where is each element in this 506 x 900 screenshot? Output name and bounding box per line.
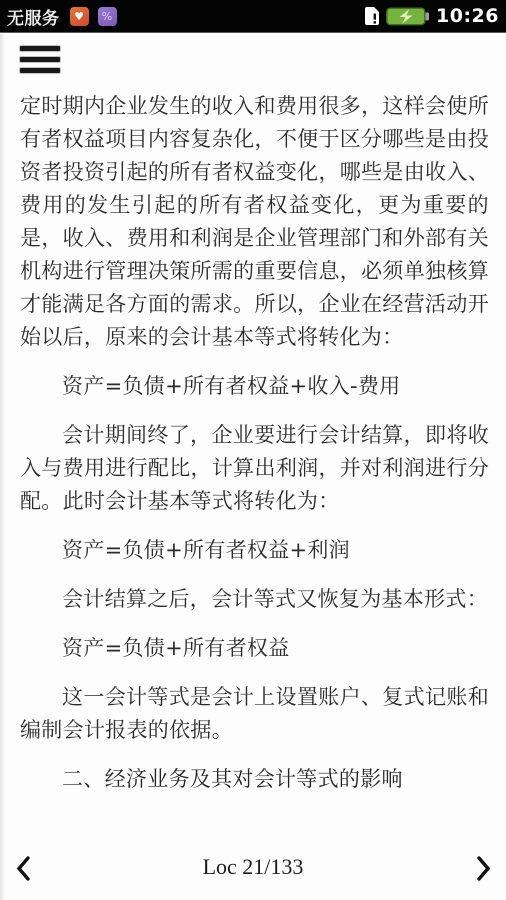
battery-charging-icon <box>386 7 430 26</box>
reader-content: 定时期内企业发生的收入和费用很多，这样会使所有者权益项目内容复杂化，不便于区分哪… <box>20 90 489 812</box>
notification-icon-orange: ♥ <box>70 7 89 26</box>
paragraph: 这一会计等式是会计上设置账户、复式记账和编制会计报表的依据。 <box>20 681 489 747</box>
equation-line: 资产=负债+所有者权益 <box>20 632 489 665</box>
paragraph: 会计结算之后，会计等式又恢复为基本形式： <box>20 583 489 616</box>
carrier-label: 无服务 <box>7 4 60 29</box>
menu-button[interactable] <box>20 46 62 79</box>
status-bar-right: 10:26 <box>364 5 499 27</box>
paragraph: 会计期间终了，企业要进行会计结算，即将收入与费用进行配比，计算出利润，并对利润进… <box>20 419 489 518</box>
notification-icon-purple: % <box>98 7 117 26</box>
equation-line: 资产=负债+所有者权益+收入-费用 <box>20 370 489 403</box>
hamburger-icon <box>20 46 60 51</box>
page-edge-shadow <box>0 34 5 900</box>
no-sim-icon <box>364 6 380 26</box>
clock-label: 10:26 <box>436 5 499 27</box>
paragraph: 定时期内企业发生的收入和费用很多，这样会使所有者权益项目内容复杂化，不便于区分哪… <box>20 90 489 354</box>
page-location-label: Loc 21/133 <box>0 854 506 880</box>
equation-line: 资产=负债+所有者权益+利润 <box>20 534 489 567</box>
status-bar: 无服务 ♥ % 10:26 <box>0 0 506 33</box>
next-page-button[interactable] <box>468 850 498 886</box>
footer-nav: Loc 21/133 <box>0 834 506 900</box>
section-heading: 二、经济业务及其对会计等式的影响 <box>20 763 489 796</box>
chevron-right-icon <box>475 855 492 882</box>
